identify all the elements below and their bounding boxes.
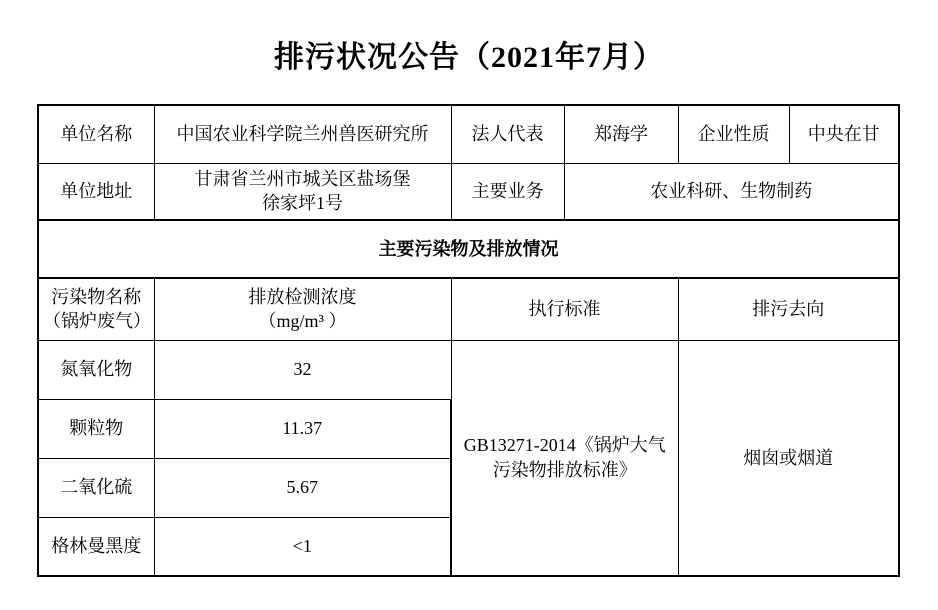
unit-name-label: 单位名称: [38, 105, 154, 163]
standard-header: 执行标准: [451, 278, 678, 340]
pollutant-value: 11.37: [154, 399, 451, 458]
pollutant-name: 颗粒物: [38, 399, 154, 458]
pollutant-value: <1: [154, 517, 451, 576]
pollutant-value: 32: [154, 340, 451, 399]
pollutant-name-header: 污染物名称 （锅炉废气）: [38, 278, 154, 340]
section-title: 主要污染物及排放情况: [38, 220, 899, 278]
pollutant-name: 二氧化硫: [38, 458, 154, 517]
address-row: 单位地址 甘肃省兰州市城关区盐场堡 徐家坪1号 主要业务 农业科研、生物制药: [38, 163, 899, 220]
section-header-row: 主要污染物及排放情况: [38, 220, 899, 278]
emissions-report-table: 单位名称 中国农业科学院兰州兽医研究所 法人代表 郑海学 企业性质 中央在甘 单…: [37, 104, 900, 577]
pollutant-value: 5.67: [154, 458, 451, 517]
legal-rep-value: 郑海学: [564, 105, 678, 163]
destination-header: 排污去向: [678, 278, 899, 340]
enterprise-type-value: 中央在甘: [789, 105, 899, 163]
standard-value: GB13271-2014《锅炉大气 污染物排放标准》: [451, 340, 678, 576]
unit-address-label: 单位地址: [38, 163, 154, 220]
concentration-header: 排放检测浓度 （mg/m³ ）: [154, 278, 451, 340]
emissions-header-row: 污染物名称 （锅炉废气） 排放检测浓度 （mg/m³ ） 执行标准 排污去向: [38, 278, 899, 340]
announcement-page: 排污状况公告（2021年7月） 单位名称 中国农业科学院兰州兽医研究所 法人代表…: [0, 0, 938, 610]
pollutant-name: 氮氧化物: [38, 340, 154, 399]
unit-address-value: 甘肃省兰州市城关区盐场堡 徐家坪1号: [154, 163, 451, 220]
pollutant-name: 格林曼黑度: [38, 517, 154, 576]
unit-info-row: 单位名称 中国农业科学院兰州兽医研究所 法人代表 郑海学 企业性质 中央在甘: [38, 105, 899, 163]
enterprise-type-label: 企业性质: [678, 105, 789, 163]
destination-value: 烟囱或烟道: [678, 340, 899, 576]
main-business-value: 农业科研、生物制药: [564, 163, 899, 220]
unit-name-value: 中国农业科学院兰州兽医研究所: [154, 105, 451, 163]
table-row-nox: 氮氧化物 32 GB13271-2014《锅炉大气 污染物排放标准》 烟囱或烟道: [38, 340, 899, 399]
legal-rep-label: 法人代表: [451, 105, 564, 163]
main-business-label: 主要业务: [451, 163, 564, 220]
page-title: 排污状况公告（2021年7月）: [0, 0, 938, 77]
